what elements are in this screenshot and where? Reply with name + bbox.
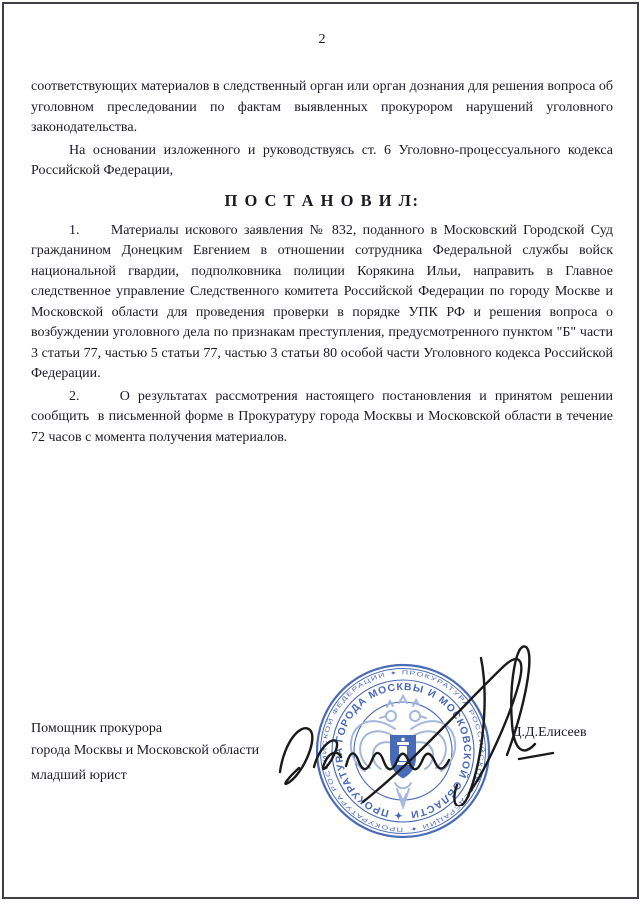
document-page: 2 соответствующих материалов в следствен… — [0, 0, 644, 910]
paragraph-legal-basis: На основании изложенного и руководствуяс… — [31, 141, 613, 182]
signer-position-line3: младший юрист — [31, 765, 613, 787]
signer-name: Д.Д.Елисеев — [512, 725, 587, 741]
paragraph-intro: соответствующих материалов в следственны… — [31, 77, 613, 139]
page-number: 2 — [31, 30, 613, 50]
signature-block: Помощник прокурора города Москвы и Моско… — [31, 718, 613, 787]
resolution-item-2: 2. О результатах рассмотрения настоящего… — [31, 387, 613, 449]
resolution-item-1: 1. Материалы искового заявления № 832, п… — [31, 221, 613, 385]
resolution-heading: П О С Т А Н О В И Л: — [31, 191, 613, 211]
document-body: 2 соответствующих материалов в следствен… — [31, 30, 613, 448]
signer-position-line2: города Москвы и Московской области — [31, 740, 613, 762]
